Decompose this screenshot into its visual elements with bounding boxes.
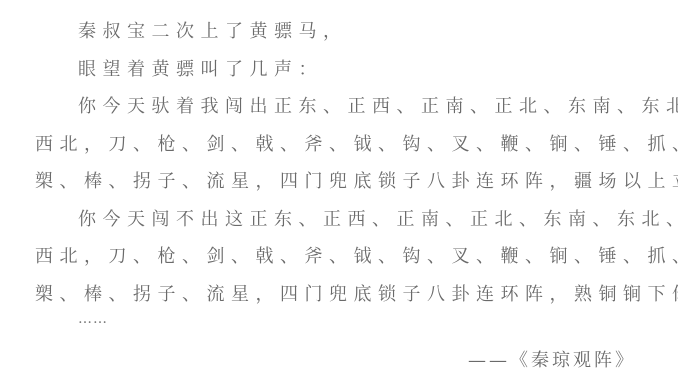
paragraph-1-line-3: 槊、棒、拐子、流星，四门兜底锁子八卦连环阵，疆场以上立了功。 [35, 163, 645, 201]
paragraph-2-line-2: 西北，刀、枪、剑、戟、斧、钺、钩、叉、鞭、锏、锤、抓、镋、棍、 [35, 238, 645, 276]
paragraph-1-line-2: 西北，刀、枪、剑、戟、斧、钺、钩、叉、鞭、锏、锤、抓、镋、棍、 [35, 126, 645, 164]
paragraph-2: 你今天闯不出这正东、正西、正南、正北、东南、东北、西南、 西北，刀、枪、剑、戟、… [35, 201, 645, 314]
verse-line-1: 秦叔宝二次上了黄骠马， [35, 13, 645, 51]
paragraph-2-line-3: 槊、棒、拐子、流星，四门兜底锁子八卦连环阵，熟铜锏下你活不成。 [35, 276, 645, 314]
document-page: 秦叔宝二次上了黄骠马， 眼望着黄骠叫了几声： 你今天驮着我闯出正东、正西、正南、… [35, 13, 645, 313]
attribution: ——《秦琼观阵》 [468, 346, 636, 372]
paragraph-1: 你今天驮着我闯出正东、正西、正南、正北、东南、东北、西南、 西北，刀、枪、剑、戟… [35, 88, 645, 201]
verse-line-2: 眼望着黄骠叫了几声： [35, 51, 645, 89]
paragraph-2-line-1: 你今天闯不出这正东、正西、正南、正北、东南、东北、西南、 [35, 201, 645, 239]
ellipsis: …… [78, 311, 108, 327]
paragraph-1-line-1: 你今天驮着我闯出正东、正西、正南、正北、东南、东北、西南、 [35, 88, 645, 126]
